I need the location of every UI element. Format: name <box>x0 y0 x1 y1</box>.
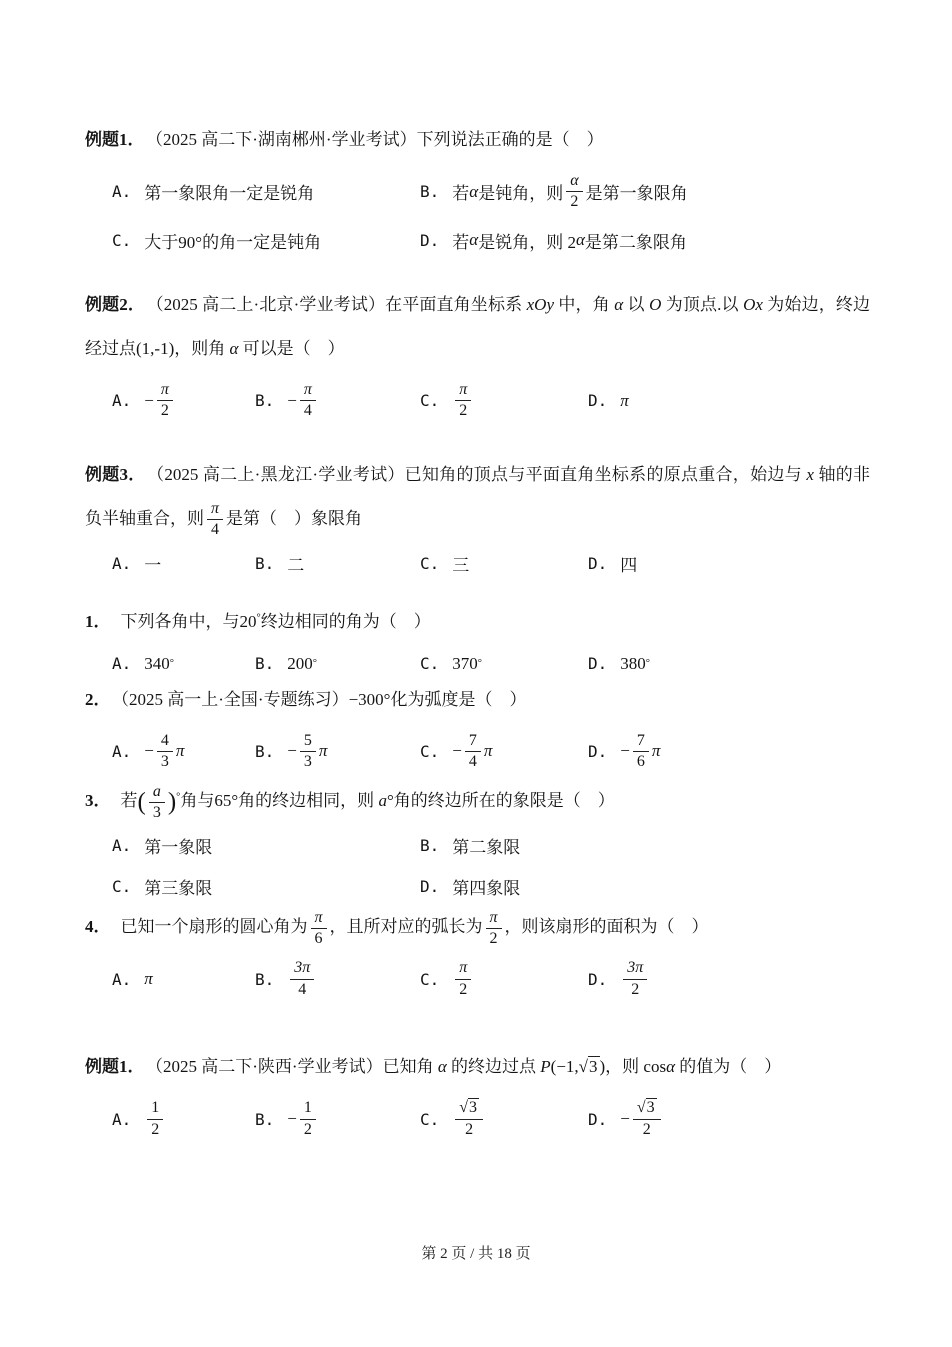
page-footer: 第 2 页 / 共 18 页 <box>0 1242 952 1263</box>
question-2-label: 2． <box>85 690 111 709</box>
example-4-options: A.12B.−12C.√32D.−√32 <box>85 1099 870 1139</box>
option-content: 一 <box>144 551 161 576</box>
question-1-label: 1． <box>85 612 111 631</box>
option-content: 12 <box>144 1099 166 1139</box>
option-A: A.12 <box>112 1099 255 1139</box>
option-label: C. <box>420 1110 439 1129</box>
sqrt-radical: √3 <box>459 1098 479 1116</box>
option-label: C. <box>420 554 439 573</box>
option-label: B. <box>255 1110 274 1129</box>
worksheet-page: 例题1．（2025 高二下·湖南郴州·学业考试）下列说法正确的是（ ） A.第一… <box>0 0 952 1347</box>
option-content: −π4 <box>287 381 319 421</box>
option-C: C.370° <box>420 654 588 674</box>
example-3-label: 例题3． <box>85 465 146 484</box>
fraction: α2 <box>566 172 582 212</box>
option-label: D. <box>420 231 439 250</box>
option-label: B. <box>255 742 274 761</box>
question-2-text-line: 2．（2025 高一上·全国·专题练习）−300°化为弧度是（ ） <box>85 678 870 722</box>
question-1-options: A.340°B.200°C.370°D.380° <box>85 654 870 674</box>
option-content: −53π <box>287 732 327 772</box>
question-4-options: A.πB.3π4C.π2D.3π2 <box>85 959 870 999</box>
option-content: π <box>144 969 153 989</box>
option-content: −π2 <box>144 381 176 421</box>
fraction: π2 <box>157 381 173 421</box>
option-label: D. <box>588 1110 607 1129</box>
option-label: B. <box>420 836 439 855</box>
option-C: C.√32 <box>420 1099 588 1139</box>
option-content: −43π <box>144 732 184 772</box>
option-content: 若 α 是锐角，则 2α 是第二象限角 <box>452 228 687 253</box>
option-content: 第一象限 <box>144 833 212 858</box>
fraction: π4 <box>300 381 316 421</box>
option-content: −12 <box>287 1099 319 1139</box>
question-1: 1．下列各角中，与20°终边相同的角为（ ） A.340°B.200°C.370… <box>85 600 870 674</box>
option-label: A. <box>112 554 131 573</box>
example-4-text: （2025 高二下·陕西·学业考试）已知角 α 的终边过点 P(−1,√3)，则… <box>155 1056 782 1076</box>
option-content: 340° <box>144 654 174 674</box>
question-2: 2．（2025 高一上·全国·专题练习）−300°化为弧度是（ ） A.−43π… <box>85 678 870 772</box>
option-label: A. <box>112 182 131 201</box>
option-A: A.340° <box>112 654 255 674</box>
fraction: π6 <box>311 909 327 949</box>
option-label: D. <box>588 970 607 989</box>
example-2-question: 例题2．（2025 高二上·北京·学业考试）在平面直角坐标系 xOy 中，角 α… <box>85 283 870 371</box>
option-B: B.−53π <box>255 732 420 772</box>
option-label: C. <box>420 391 439 410</box>
option-B: B.−π4 <box>255 381 420 421</box>
fraction: a3 <box>149 783 165 823</box>
example-2-options: A.−π2B.−π4C.π2D.π <box>85 381 870 421</box>
question-3-text-line: 3．若(a3)°角与65°角的终边相同，则 a°角的终边所在的象限是（ ） <box>85 779 870 823</box>
option-label: C. <box>112 231 131 250</box>
example-2-text: （2025 高二上·北京·学业考试）在平面直角坐标系 xOy 中，角 α 以 O… <box>85 295 870 358</box>
example-1-question: 例题1．（2025 高二下·湖南郴州·学业考试）下列说法正确的是（ ） <box>85 118 870 162</box>
example-4-question: 例题1．（2025 高二下·陕西·学业考试）已知角 α 的终边过点 P(−1,√… <box>85 1045 870 1089</box>
option-C: C.−74π <box>420 732 588 772</box>
question-2-options: A.−43πB.−53πC.−74πD.−76π <box>85 732 870 772</box>
option-label: D. <box>420 877 439 896</box>
option-label: B. <box>255 970 274 989</box>
question-4-label: 4． <box>85 917 111 936</box>
question-3-label: 3． <box>85 791 111 810</box>
option-label: A. <box>112 836 131 855</box>
question-3-text: 若(a3)°角与65°角的终边相同，则 a°角的终边所在的象限是（ ） <box>121 791 615 810</box>
example-1-text: （2025 高二下·湖南郴州·学业考试）下列说法正确的是（ ） <box>155 130 604 149</box>
option-label: A. <box>112 970 131 989</box>
question-1-text-line: 1．下列各角中，与20°终边相同的角为（ ） <box>85 600 870 644</box>
example-2-label: 例题2． <box>85 295 145 314</box>
question-3: 3．若(a3)°角与65°角的终边相同，则 a°角的终边所在的象限是（ ） A.… <box>85 779 870 899</box>
example-4-label: 例题1． <box>85 1057 145 1076</box>
example-3-options: A.一B.二C.三D.四 <box>85 551 870 576</box>
fraction: π2 <box>486 909 502 949</box>
option-content: 大于90°的角一定是钝角 <box>144 228 321 253</box>
option-D: D.−76π <box>588 732 870 772</box>
question-2-text: （2025 高一上·全国·专题练习）−300°化为弧度是（ ） <box>121 690 527 709</box>
sqrt-radical: √3 <box>637 1098 657 1116</box>
fraction: 3π2 <box>623 959 647 999</box>
option-C: C.大于90°的角一定是钝角 <box>112 228 420 253</box>
option-B: B.第二象限 <box>420 833 870 858</box>
option-label: B. <box>255 391 274 410</box>
option-label: C. <box>420 970 439 989</box>
option-label: B. <box>255 654 274 673</box>
option-label: C. <box>420 742 439 761</box>
option-label: D. <box>588 554 607 573</box>
page-number-text: 第 2 页 / 共 18 页 <box>421 1246 530 1262</box>
option-B: B.二 <box>255 551 420 576</box>
sqrt-radical: √3 <box>579 1056 600 1076</box>
option-label: C. <box>112 877 131 896</box>
fraction: √32 <box>633 1099 661 1139</box>
fraction: 43 <box>157 732 173 772</box>
option-content: −√32 <box>620 1099 663 1139</box>
option-label: A. <box>112 1110 131 1129</box>
option-A: A.第一象限 <box>112 833 420 858</box>
option-A: A.π <box>112 969 255 989</box>
option-label: D. <box>588 742 607 761</box>
option-content: −76π <box>620 732 660 772</box>
question-4: 4．已知一个扇形的圆心角为π6，且所对应的弧长为π2，则该扇形的面积为（ ） A… <box>85 905 870 999</box>
option-C: C.第三象限 <box>112 874 420 899</box>
fraction: 3π4 <box>290 959 314 999</box>
option-C: C.π2 <box>420 959 588 999</box>
option-label: C. <box>420 654 439 673</box>
option-label: D. <box>588 654 607 673</box>
question-4-text-line: 4．已知一个扇形的圆心角为π6，且所对应的弧长为π2，则该扇形的面积为（ ） <box>85 905 870 949</box>
option-B: B.3π4 <box>255 959 420 999</box>
option-D: D.−√32 <box>588 1099 870 1139</box>
fraction: √32 <box>455 1099 483 1139</box>
option-content: −74π <box>452 732 492 772</box>
fraction: 53 <box>300 732 316 772</box>
option-C: C.π2 <box>420 381 588 421</box>
example-3: 例题3．（2025 高二上·黑龙江·学业考试）已知角的顶点与平面直角坐标系的原点… <box>85 453 870 576</box>
question-1-text: 下列各角中，与20°终边相同的角为（ ） <box>121 612 431 631</box>
option-content: 3π2 <box>620 959 650 999</box>
fraction: 76 <box>633 732 649 772</box>
option-content: 四 <box>620 551 637 576</box>
option-A: A.−43π <box>112 732 255 772</box>
option-content: 若 α 是钝角，则α2是第一象限角 <box>452 172 687 212</box>
question-4-text: 已知一个扇形的圆心角为π6，且所对应的弧长为π2，则该扇形的面积为（ ） <box>121 917 709 936</box>
option-content: 370° <box>452 654 482 674</box>
option-D: D.π <box>588 391 870 411</box>
fraction: 12 <box>300 1099 316 1139</box>
example-4: 例题1．（2025 高二下·陕西·学业考试）已知角 α 的终边过点 P(−1,√… <box>85 1045 870 1139</box>
example-2: 例题2．（2025 高二上·北京·学业考试）在平面直角坐标系 xOy 中，角 α… <box>85 283 870 421</box>
option-content: π2 <box>452 381 474 421</box>
option-content: √32 <box>452 1099 486 1139</box>
option-D: D.第四象限 <box>420 874 870 899</box>
example-3-question: 例题3．（2025 高二上·黑龙江·学业考试）已知角的顶点与平面直角坐标系的原点… <box>85 453 870 541</box>
option-label: A. <box>112 391 131 410</box>
fraction: 12 <box>147 1099 163 1139</box>
option-content: 第三象限 <box>144 874 212 899</box>
option-content: 380° <box>620 654 650 674</box>
option-content: 三 <box>452 551 469 576</box>
option-content: 3π4 <box>287 959 317 999</box>
option-label: B. <box>420 182 439 201</box>
option-D: D.3π2 <box>588 959 870 999</box>
option-label: A. <box>112 742 131 761</box>
fraction: π4 <box>207 500 223 540</box>
option-content: 第四象限 <box>452 874 520 899</box>
option-content: π2 <box>452 959 474 999</box>
option-C: C.三 <box>420 551 588 576</box>
fraction: π2 <box>455 959 471 999</box>
option-content: 第一象限角一定是锐角 <box>144 179 314 204</box>
option-content: 200° <box>287 654 317 674</box>
example-1-options: A.第一象限角一定是锐角B.若 α 是钝角，则α2是第一象限角C.大于90°的角… <box>85 172 870 253</box>
option-label: A. <box>112 654 131 673</box>
option-content: π <box>620 391 629 411</box>
example-3-text: （2025 高二上·黑龙江·学业考试）已知角的顶点与平面直角坐标系的原点重合，始… <box>85 465 870 528</box>
option-B: B.若 α 是钝角，则α2是第一象限角 <box>420 172 870 212</box>
option-label: B. <box>255 554 274 573</box>
option-A: A.一 <box>112 551 255 576</box>
option-D: D.380° <box>588 654 870 674</box>
option-content: 二 <box>287 551 304 576</box>
option-B: B.−12 <box>255 1099 420 1139</box>
option-A: A.−π2 <box>112 381 255 421</box>
option-A: A.第一象限角一定是锐角 <box>112 179 420 204</box>
option-D: D.若 α 是锐角，则 2α 是第二象限角 <box>420 228 870 253</box>
fraction: π2 <box>455 381 471 421</box>
option-label: D. <box>588 391 607 410</box>
example-1-label: 例题1． <box>85 130 145 149</box>
option-B: B.200° <box>255 654 420 674</box>
option-content: 第二象限 <box>452 833 520 858</box>
fraction: 74 <box>465 732 481 772</box>
question-3-options: A.第一象限B.第二象限C.第三象限D.第四象限 <box>85 833 870 899</box>
example-1: 例题1．（2025 高二下·湖南郴州·学业考试）下列说法正确的是（ ） A.第一… <box>85 118 870 253</box>
option-D: D.四 <box>588 551 870 576</box>
